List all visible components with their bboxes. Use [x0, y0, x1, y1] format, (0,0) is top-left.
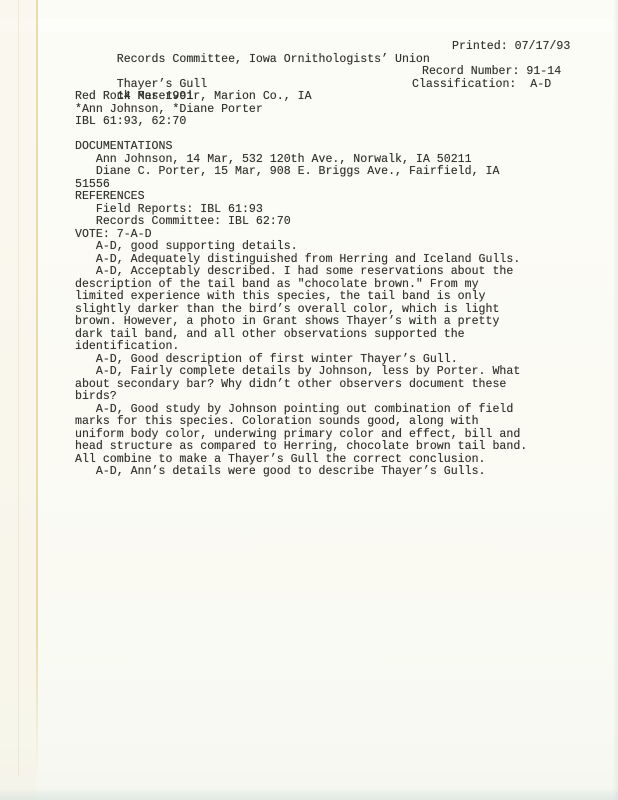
ibl-references: IBL 61:93, 62:70 [75, 116, 605, 129]
record-number: Record Number: 91-14 [422, 66, 561, 79]
page-fold-line [36, 0, 38, 784]
classification: Classification: A-D [412, 79, 551, 92]
text-line: Diane C. Porter, 15 Mar, 908 E. Briggs A… [75, 166, 605, 179]
text-line: about secondary bar? Why didn’t other ob… [75, 379, 605, 392]
scanned-document-page: Records Committee, Iowa Ornithologists’ … [0, 0, 618, 800]
text-line: limited experience with this species, th… [75, 291, 605, 304]
text-line: A-D, Ann’s details were good to describe… [75, 466, 605, 479]
document-text-block: Records Committee, Iowa Ornithologists’ … [75, 41, 605, 479]
scan-light-streak [0, 18, 618, 32]
page-right-edge [613, 0, 618, 800]
text-line: birds? [75, 391, 605, 404]
text-line: marks for this species. Coloration sound… [75, 416, 605, 429]
printed-date: Printed: 07/17/93 [452, 41, 570, 54]
text-line: brown. However, a photo in Grant shows T… [75, 316, 605, 329]
header-org-line: Records Committee, Iowa Ornithologists’ … [75, 41, 605, 54]
text-line: A-D, Fairly complete details by Johnson,… [75, 366, 605, 379]
text-line: DOCUMENTATIONS [75, 141, 605, 154]
text-line: head structure as compared to Herring, c… [75, 441, 605, 454]
page-fold-line-faint [18, 0, 19, 776]
document-body: DOCUMENTATIONS Ann Johnson, 14 Mar, 532 … [75, 141, 605, 479]
text-line: REFERENCES [75, 191, 605, 204]
location: Red Rock Reservoir, Marion Co., IA [75, 91, 605, 104]
text-line: identification. [75, 341, 605, 354]
text-line: 51556 [75, 179, 605, 192]
text-line: Records Committee: IBL 62:70 [75, 216, 605, 229]
text-line: A-D, Acceptably described. I had some re… [75, 266, 605, 279]
text-line: A-D, good supporting details. [75, 241, 605, 254]
header-title-line: Thayer’s Gull Record Number: 91-14 [75, 66, 605, 79]
page-bottom-edge [0, 790, 618, 800]
